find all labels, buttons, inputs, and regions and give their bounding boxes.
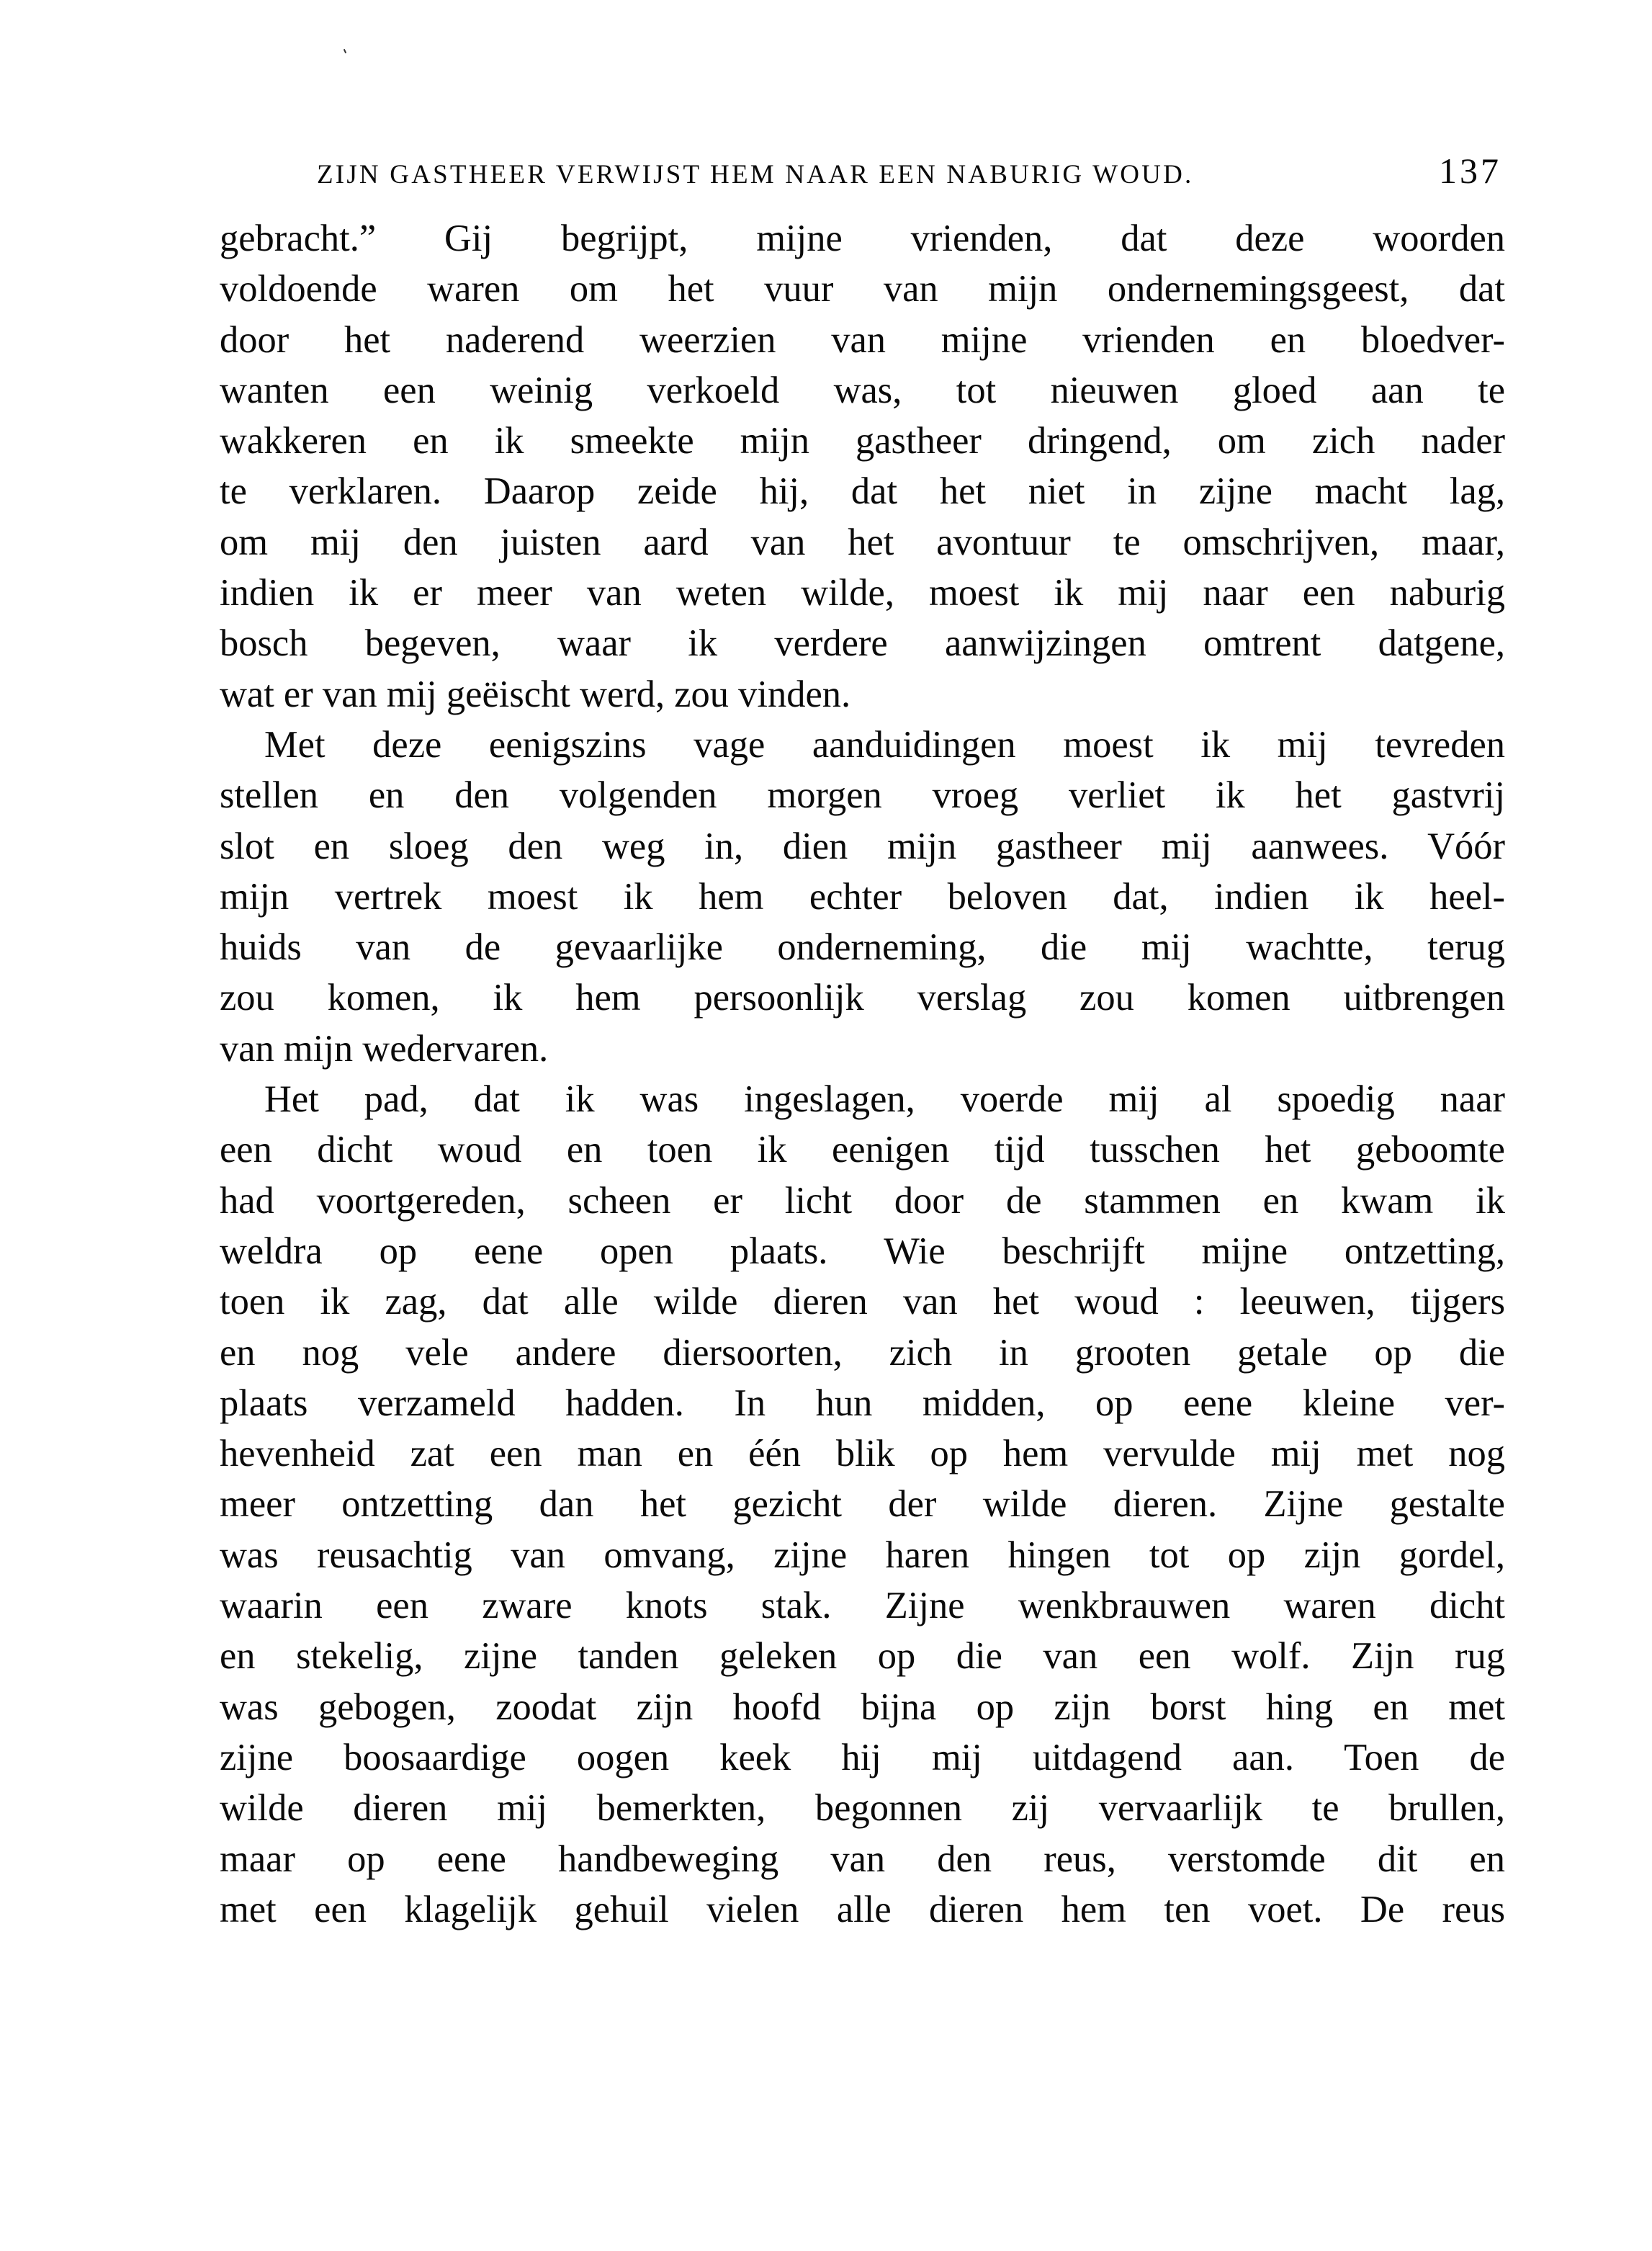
text-line: toen ik zag, dat alle wilde dieren van h… bbox=[220, 1276, 1505, 1327]
text-line: gebracht.” Gij begrijpt, mijne vrienden,… bbox=[220, 213, 1505, 264]
text-line: voldoende waren om het vuur van mijn ond… bbox=[220, 264, 1505, 314]
text-line: te verklaren. Daarop zeide hij, dat het … bbox=[220, 466, 1505, 516]
text-line: stellen en den volgenden morgen vroeg ve… bbox=[220, 770, 1505, 820]
text-line: van mijn wedervaren. bbox=[220, 1024, 1505, 1074]
text-line: en stekelig, zijne tanden geleken op die… bbox=[220, 1631, 1505, 1681]
text-line: plaats verzameld hadden. In hun midden, … bbox=[220, 1378, 1505, 1428]
text-line: waarin een zware knots stak. Zijne wenkb… bbox=[220, 1580, 1505, 1631]
page-number: 137 bbox=[1439, 150, 1501, 192]
paragraph-1: gebracht.” Gij begrijpt, mijne vrienden,… bbox=[220, 213, 1505, 720]
text-line: een dicht woud en toen ik eenigen tijd t… bbox=[220, 1124, 1505, 1175]
text-line: indien ik er meer van weten wilde, moest… bbox=[220, 568, 1505, 618]
text-line: zijne boosaardige oogen keek hij mij uit… bbox=[220, 1732, 1505, 1783]
text-line: met een klagelijk gehuil vielen alle die… bbox=[220, 1884, 1505, 1935]
text-line: hevenheid zat een man en één blik op hem… bbox=[220, 1428, 1505, 1479]
text-line: wanten een weinig verkoeld was, tot nieu… bbox=[220, 365, 1505, 416]
text-line: meer ontzetting dan het gezicht der wild… bbox=[220, 1479, 1505, 1529]
paragraph-2: Met deze eenigszins vage aanduidingen mo… bbox=[220, 720, 1505, 1074]
text-line: maar op eene handbeweging van den reus, … bbox=[220, 1834, 1505, 1884]
text-line: weldra op eene open plaats. Wie beschrij… bbox=[220, 1226, 1505, 1276]
paragraph-3: Het pad, dat ik was ingeslagen, voerde m… bbox=[220, 1074, 1505, 1935]
text-line: slot en sloeg den weg in, dien mijn gast… bbox=[220, 821, 1505, 872]
text-line: mijn vertrek moest ik hem echter beloven… bbox=[220, 872, 1505, 922]
text-line: was gebogen, zoodat zijn hoofd bijna op … bbox=[220, 1682, 1505, 1732]
text-line: huids van de gevaarlijke onderneming, di… bbox=[220, 922, 1505, 972]
text-line: zou komen, ik hem persoonlijk verslag zo… bbox=[220, 972, 1505, 1023]
scan-speck bbox=[344, 49, 346, 53]
text-line: Het pad, dat ik was ingeslagen, voerde m… bbox=[220, 1074, 1505, 1124]
body-text: gebracht.” Gij begrijpt, mijne vrienden,… bbox=[220, 213, 1505, 1935]
book-page: ZIJN GASTHEER VERWIJST HEM NAAR EEN NABU… bbox=[0, 0, 1652, 2251]
text-line: wilde dieren mij bemerkten, begonnen zij… bbox=[220, 1783, 1505, 1833]
text-line: had voortgereden, scheen er licht door d… bbox=[220, 1176, 1505, 1226]
running-head: ZIJN GASTHEER VERWIJST HEM NAAR EEN NABU… bbox=[317, 150, 1501, 190]
text-line: bosch begeven, waar ik verdere aanwijzin… bbox=[220, 618, 1505, 668]
text-line: om mij den juisten aard van het avontuur… bbox=[220, 517, 1505, 568]
running-head-title: ZIJN GASTHEER VERWIJST HEM NAAR EEN NABU… bbox=[317, 159, 1193, 190]
text-line: was reusachtig van omvang, zijne haren h… bbox=[220, 1530, 1505, 1580]
text-line: Met deze eenigszins vage aanduidingen mo… bbox=[220, 720, 1505, 770]
text-line: wakkeren en ik smeekte mijn gastheer dri… bbox=[220, 416, 1505, 466]
text-line: wat er van mij geëischt werd, zou vinden… bbox=[220, 669, 1505, 720]
text-line: door het naderend weerzien van mijne vri… bbox=[220, 315, 1505, 365]
text-line: en nog vele andere diersoorten, zich in … bbox=[220, 1328, 1505, 1378]
